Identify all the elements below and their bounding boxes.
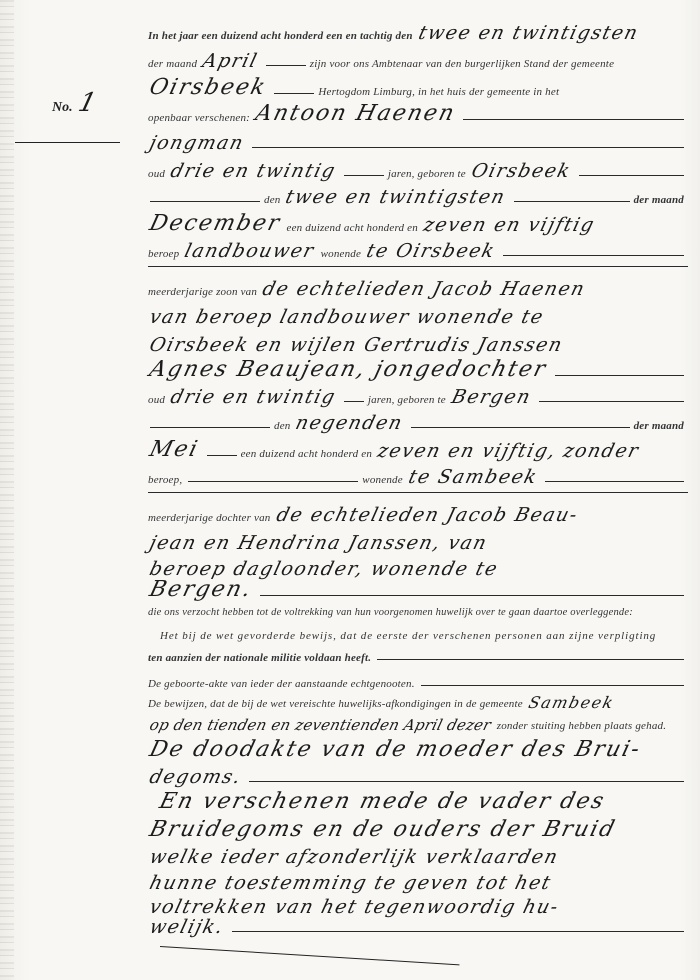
text-line-17: beroep, wonende te Sambeek: [148, 460, 688, 488]
fill-rule: [411, 427, 629, 428]
handwritten-text: Bruidegoms en de ouders der Bruid: [147, 817, 619, 842]
section-divider: [148, 492, 688, 493]
record-number-value: 1: [75, 88, 101, 118]
handwritten-status: jongman: [147, 132, 246, 154]
fill-rule: [344, 175, 384, 176]
printed-text: meerderjarige dochter van: [148, 512, 271, 524]
text-line-12: Oirsbeek en wijlen Gertrudis Janssen: [148, 328, 688, 356]
handwritten-residence: te Oirsbeek: [364, 240, 498, 262]
printed-text: jaren, geboren te: [388, 168, 466, 180]
text-line-29: degoms.: [148, 760, 688, 788]
handwritten-birthplace: Bergen: [449, 386, 533, 408]
handwritten-text: welke ieder afzonderlijk verklaarden: [147, 846, 561, 868]
text-line-24: ten aanzien der nationale militie voldaa…: [148, 638, 688, 666]
text-line-3: Oirsbeek Hertogdom Limburg, in het huis …: [148, 72, 688, 100]
fill-rule: [188, 481, 358, 482]
record-number: No.1: [52, 88, 103, 118]
text-line-32: welke ieder afzonderlijk verklaarden: [148, 840, 688, 868]
text-line-11: van beroep landbouwer wonende te: [148, 300, 688, 328]
printed-text: een duizend acht honderd en: [241, 448, 372, 460]
text-line-28: De doodakte van de moeder des Brui-: [148, 734, 688, 762]
handwritten-birth-month: Mei: [147, 437, 202, 462]
text-line-2: der maand April zijn voor ons Ambtenaar …: [148, 44, 688, 72]
text-line-4: openbaar verschenen: Antoon Haenen: [148, 98, 688, 126]
text-line-8: December een duizend acht honderd en zev…: [148, 208, 688, 236]
fill-rule: [232, 931, 684, 932]
text-line-15: den negenden der maand: [148, 406, 688, 434]
printed-text: der maand: [634, 194, 684, 206]
printed-text: jaren, geboren te: [368, 394, 446, 406]
text-line-7: den twee en twintigsten der maand: [148, 180, 688, 208]
text-line-14: oud drie en twintig jaren, geboren te Be…: [148, 380, 688, 408]
handwritten-parents: de echtelieden Jacob Beau-: [274, 504, 580, 526]
record-number-label: No.: [52, 100, 73, 115]
handwritten-birth-year: zeven en vijftig: [421, 214, 597, 236]
handwritten-age: drie en twintig: [168, 160, 338, 182]
fill-rule: [514, 201, 630, 202]
text-line-19: jean en Hendrina Janssen, van: [148, 526, 688, 554]
text-line-18: meerderjarige dochter van de echtelieden…: [148, 498, 688, 526]
text-line-9: beroep landbouwer wonende te Oirsbeek: [148, 234, 688, 262]
text-line-35: welijk.: [148, 910, 688, 938]
fill-rule: [207, 455, 237, 456]
printed-text: openbaar verschenen:: [148, 112, 250, 124]
fill-rule: [539, 401, 684, 402]
document-page: No.1 In het jaar een duizend acht honder…: [0, 0, 700, 980]
handwritten-text: En verschenen mede de vader des: [157, 789, 608, 814]
printed-text: oud: [148, 394, 165, 406]
printed-text: Hertogdom Limburg, in het huis der gemee…: [318, 86, 559, 98]
handwritten-dates: op den tienden en zeventienden April dez…: [148, 716, 493, 734]
text-line-27: op den tienden en zeventienden April dez…: [148, 706, 688, 734]
printed-text: wonende: [362, 474, 403, 486]
text-line-30: En verschenen mede de vader des: [148, 786, 688, 814]
text-line-5: jongman: [148, 126, 688, 154]
printed-text: beroep,: [148, 474, 182, 486]
handwritten-text: degoms.: [147, 766, 244, 788]
fill-rule: [249, 781, 684, 782]
text-line-31: Bruidegoms en de ouders der Bruid: [148, 814, 688, 842]
text-line-6: oud drie en twintig jaren, geboren te Oi…: [148, 154, 688, 182]
printed-text: meerderjarige zoon van: [148, 286, 257, 298]
handwritten-residence: te Sambeek: [406, 466, 540, 488]
printed-text: ten aanzien der nationale militie voldaa…: [148, 652, 371, 664]
printed-text: zijn voor ons Ambtenaar van den burgerli…: [310, 58, 614, 70]
printed-text: den: [264, 194, 280, 206]
text-line-16: Mei een duizend acht honderd en zeven en…: [148, 434, 688, 462]
handwritten-parents: de echtelieden Jacob Haenen: [260, 278, 588, 300]
text-line-1: In het jaar een duizend acht honderd een…: [148, 16, 688, 44]
closing-rule: [160, 946, 460, 965]
handwritten-text: Oirsbeek en wijlen Gertrudis Janssen: [147, 334, 565, 356]
handwritten-birth-day: negenden: [294, 412, 406, 434]
handwritten-groom-name: Antoon Haenen: [253, 101, 458, 126]
handwritten-day: twee en twintigsten: [416, 22, 641, 44]
printed-text: den: [274, 420, 290, 432]
fill-rule: [252, 147, 684, 148]
printed-text: een duizend acht honderd en: [286, 222, 417, 234]
handwritten-text: De doodakte van de moeder des Brui-: [147, 737, 644, 762]
handwritten-text: welijk.: [147, 916, 226, 938]
fill-rule: [579, 175, 684, 176]
printed-text: der maand: [634, 420, 684, 432]
handwritten-month: April: [200, 50, 260, 72]
fill-rule: [150, 427, 270, 428]
handwritten-occupation: landbouwer: [183, 240, 318, 262]
text-line-10: meerderjarige zoon van de echtelieden Ja…: [148, 272, 688, 300]
printed-text: In het jaar een duizend acht honderd een…: [148, 30, 413, 42]
handwritten-text: van beroep landbouwer wonende te: [147, 306, 546, 328]
scan-edge-artifact: [0, 0, 14, 980]
text-line-13: Agnes Beaujean, jongedochter: [148, 354, 688, 382]
fill-rule: [377, 659, 684, 660]
fill-rule: [150, 201, 260, 202]
handwritten-birth-month: December: [147, 211, 284, 236]
fill-rule: [503, 255, 684, 256]
handwritten-age: drie en twintig: [168, 386, 338, 408]
fill-rule: [463, 119, 684, 120]
handwritten-text: jean en Hendrina Janssen, van: [147, 532, 490, 554]
fill-rule: [266, 65, 306, 66]
printed-text: beroep: [148, 248, 179, 260]
handwritten-bride-name: Agnes Beaujean, jongedochter: [147, 357, 550, 382]
section-divider: [148, 266, 688, 267]
handwritten-birthplace: Oirsbeek: [469, 160, 573, 182]
printed-text: der maand: [148, 58, 197, 70]
margin-divider: [15, 142, 120, 143]
fill-rule: [555, 375, 684, 376]
printed-text: zonder stuiting hebben plaats gehad.: [497, 720, 666, 732]
fill-rule: [274, 93, 314, 94]
handwritten-birth-year: zeven en vijftig, zonder: [375, 440, 641, 462]
fill-rule: [344, 401, 364, 402]
printed-text: oud: [148, 168, 165, 180]
handwritten-birth-day: twee en twintigsten: [284, 186, 509, 208]
handwritten-municipality: Oirsbeek: [147, 75, 270, 100]
printed-text: wonende: [321, 248, 362, 260]
fill-rule: [545, 481, 684, 482]
